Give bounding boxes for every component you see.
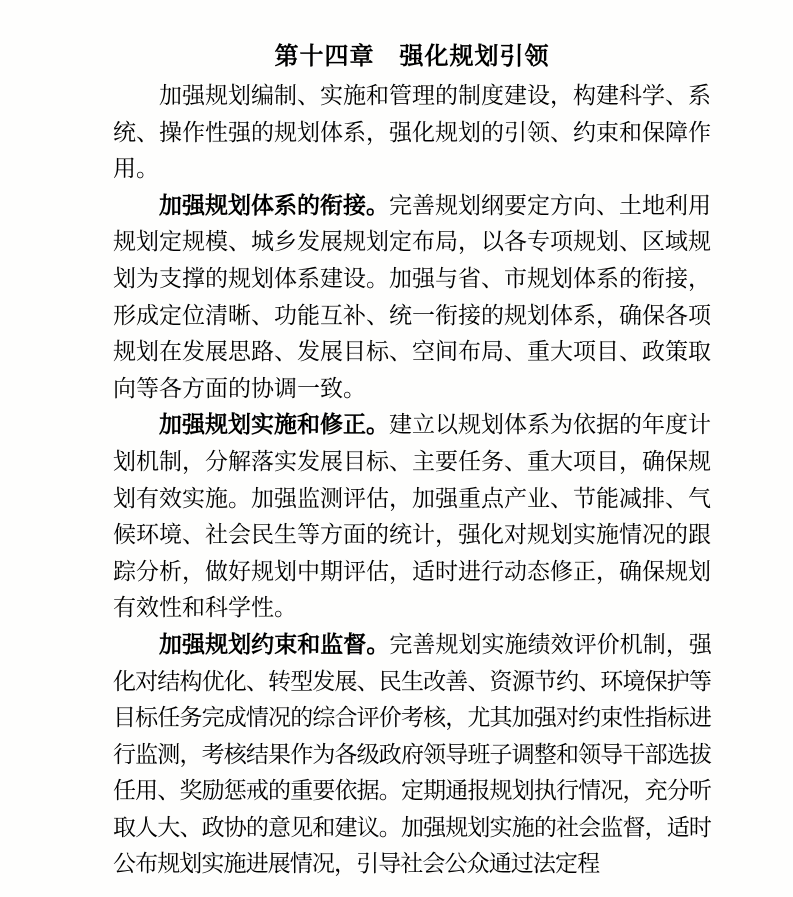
paragraph-intro: 加强规划编制、实施和管理的制度建设，构建科学、系统、操作性强的规划体系，强化规划… xyxy=(113,78,711,188)
paragraph-planning-linkage-text: 完善规划纲要定方向、土地利用规划定规模、城乡发展规划定布局，以各专项规划、区域规… xyxy=(113,193,711,401)
document-content: 第十四章 强化规划引领 加强规划编制、实施和管理的制度建设，构建科学、系统、操作… xyxy=(113,42,711,883)
paragraph-intro-text: 加强规划编制、实施和管理的制度建设，构建科学、系统、操作性强的规划体系，强化规划… xyxy=(113,83,711,181)
paragraph-constraint-supervision-text: 完善规划实施绩效评价机制，强化对结构优化、转型发展、民生改善、资源节约、环境保护… xyxy=(113,632,711,877)
paragraph-planning-linkage: 加强规划体系的衔接。完善规划纲要定方向、土地利用规划定规模、城乡发展规划定布局，… xyxy=(113,188,711,408)
chapter-title: 第十四章 强化规划引领 xyxy=(113,42,711,72)
paragraph-implementation-revision-text: 建立以规划体系为依据的年度计划机制，分解落实发展目标、主要任务、重大项目，确保规… xyxy=(113,412,711,620)
paragraph-implementation-revision-lead: 加强规划实施和修正。 xyxy=(159,412,389,437)
paragraph-constraint-supervision: 加强规划约束和监督。完善规划实施绩效评价机制，强化对结构优化、转型发展、民生改善… xyxy=(113,627,711,883)
paragraph-planning-linkage-lead: 加强规划体系的衔接。 xyxy=(159,193,389,218)
paragraph-constraint-supervision-lead: 加强规划约束和监督。 xyxy=(159,632,389,657)
paragraph-implementation-revision: 加强规划实施和修正。建立以规划体系为依据的年度计划机制，分解落实发展目标、主要任… xyxy=(113,407,711,627)
document-page: 第十四章 强化规划引领 加强规划编制、实施和管理的制度建设，构建科学、系统、操作… xyxy=(0,0,793,897)
